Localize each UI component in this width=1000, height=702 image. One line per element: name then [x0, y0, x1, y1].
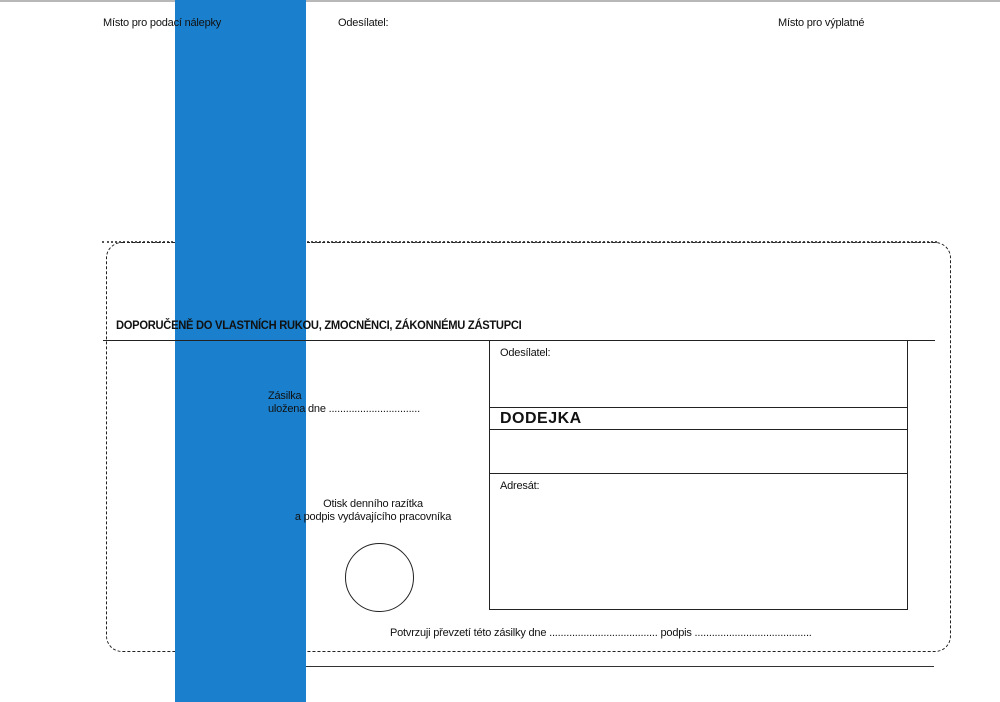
- sticker-place-label: Místo pro podací nálepky: [103, 17, 221, 29]
- stored-date-field: Zásilka uložena dne ....................…: [268, 390, 420, 416]
- address-divider: [490, 473, 907, 474]
- delivery-type-headline: DOPORUČENĚ DO VLASTNÍCH RUKOU, ZMOCNĚNCI…: [116, 318, 521, 332]
- postage-place-label: Místo pro výplatné: [778, 17, 864, 29]
- stamp-label-line1: Otisk denního razítka: [283, 498, 463, 511]
- address-box: Odesílatel: DODEJKA Adresát:: [489, 341, 908, 610]
- addressee-field-label: Adresát:: [500, 480, 539, 492]
- top-border: [0, 0, 1000, 2]
- blue-stripe: [175, 0, 306, 702]
- dodejka-title: DODEJKA: [500, 410, 582, 428]
- sender-top-label: Odesílatel:: [338, 17, 388, 29]
- sender-field-label: Odesílatel:: [500, 347, 550, 359]
- receipt-confirmation-line: Potvrzuji převzetí této zásilky dne ....…: [390, 627, 812, 639]
- stored-label-line2: uložena dne ............................…: [268, 403, 420, 416]
- stamp-label: Otisk denního razítka a podpis vydávajíc…: [283, 498, 463, 524]
- bottom-rule: [306, 666, 934, 667]
- stamp-circle: [345, 543, 414, 612]
- address-divider: [490, 407, 907, 408]
- address-divider: [490, 429, 907, 430]
- stored-label-line1: Zásilka: [268, 390, 420, 403]
- stamp-label-line2: a podpis vydávajícího pracovníka: [283, 511, 463, 524]
